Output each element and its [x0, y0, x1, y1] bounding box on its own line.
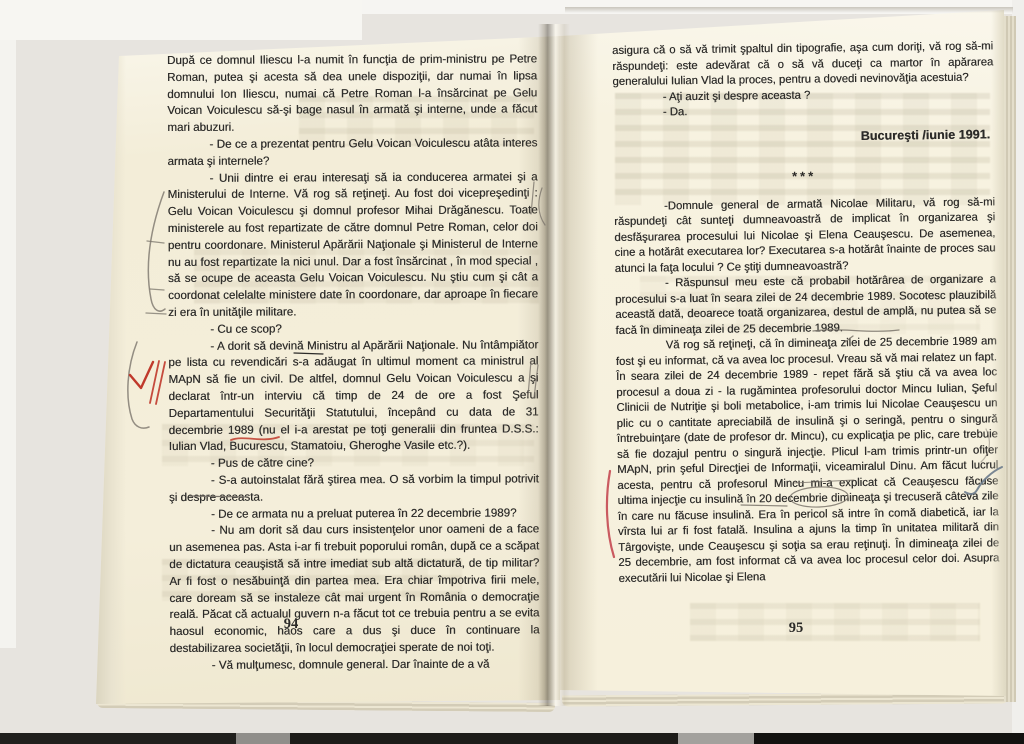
paragraph: - De ce armata nu a preluat puterea în 2…: [169, 505, 539, 523]
paragraph: - Nu am dorit să dau curs insistenţelor …: [169, 522, 540, 658]
paragraph: Vă rog să reţineţi, că în dimineaţa zile…: [616, 334, 1000, 587]
paragraph: După ce domnul Iliescu l-a numit în func…: [167, 51, 537, 137]
book-page-right: asigura că o să vă trimit şpaltul din ti…: [560, 8, 1006, 708]
paragraph: - A dorit să devină Ministru al Apărării…: [168, 337, 539, 456]
scanned-book-spread: { "colors": { "scanner_bg": "#e7e4df", "…: [0, 0, 1024, 744]
left-page-text: După ce domnul Iliescu l-a numit în func…: [167, 51, 540, 674]
paragraph: - Unii dintre ei erau interesaţi să ia c…: [168, 169, 539, 322]
paragraph: - Da.: [613, 101, 994, 121]
paragraph: - Pus de către cine?: [169, 455, 539, 473]
scanner-dark-bar: [0, 733, 1024, 744]
paragraph: - De ce a prezentat pentru Gelu Voican V…: [167, 135, 537, 170]
paragraph: - S-a autoinstalat fără ştirea mea. O să…: [169, 471, 539, 506]
right-page-text: asigura că o să vă trimit şpaltul din ti…: [612, 39, 1000, 587]
book-spine-gutter: [538, 24, 570, 706]
paragraph: -Domnule general de armată Nicolae Milit…: [614, 195, 996, 277]
paragraph: - Cu ce scop?: [168, 320, 538, 338]
page-number-94: 94: [241, 616, 341, 633]
paragraph: asigura că o să vă trimit şpaltul din ti…: [612, 39, 994, 90]
section-separator: ***: [614, 166, 995, 186]
paragraph: - Răspunsul meu este că probabil hotărâr…: [615, 272, 997, 339]
page-stack-edge-right: [1004, 16, 1016, 702]
page-number-95: 95: [746, 620, 846, 637]
paragraph: - Vă mulţumesc, domnule general. Dar îna…: [170, 656, 540, 674]
right-page-top-paragraphs: asigura că o să vă trimit şpaltul din ti…: [612, 39, 994, 121]
book-page-left: După ce domnul Iliescu l-a numit în func…: [94, 34, 560, 706]
right-page-bottom-paragraphs: -Domnule general de armată Nicolae Milit…: [614, 195, 1000, 587]
scanner-white-band-left: [0, 0, 16, 648]
scanner-white-corner: [0, 0, 362, 40]
dateline: Bucureşti /iunie 1991.: [613, 127, 990, 147]
page-top-shadow: [565, 7, 1013, 13]
